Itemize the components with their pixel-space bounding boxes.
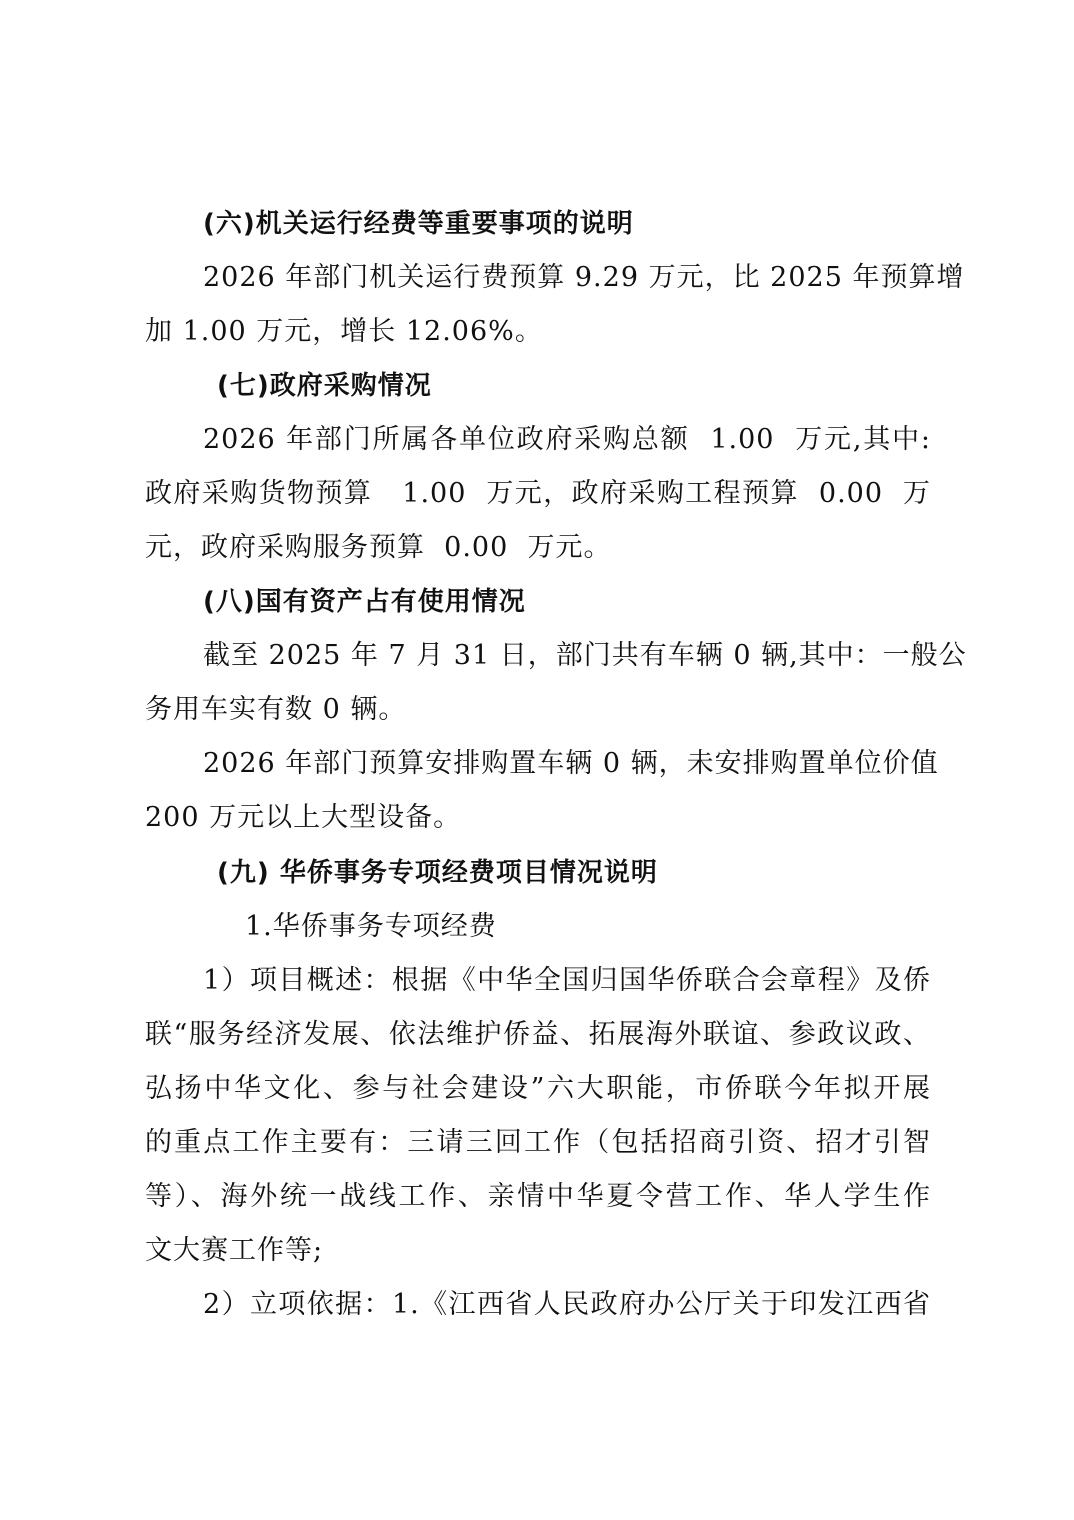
paragraph-line: 联“服务经济发展、依法维护侨益、拓展海外联谊、参政议政、 <box>145 1017 931 1053</box>
paragraph-line: 政府采购货物预算 1.00 万元，政府采购工程预算 0.00 万 <box>145 476 931 512</box>
paragraph-line: 200 万元以上大型设备。 <box>145 800 461 836</box>
paragraph-line: 加 1.00 万元，增长 12.06%。 <box>145 314 543 350</box>
paragraph-line: 文大赛工作等; <box>145 1233 323 1269</box>
paragraph-line: 元，政府采购服务预算 0.00 万元。 <box>145 530 611 566</box>
section-heading-6: (六)机关运行经费等重要事项的说明 <box>203 206 634 242</box>
section-heading-8: (八)国有资产占有使用情况 <box>203 584 526 620</box>
paragraph-line: 等）、海外统一战线工作、亲情中华夏令营工作、华人学生作 <box>145 1179 931 1215</box>
paragraph-line: 2026 年部门预算安排购置车辆 0 辆，未安排购置单位价值 <box>203 746 931 782</box>
paragraph-line: 的重点工作主要有：三请三回工作（包括招商引资、招才引智 <box>145 1125 931 1161</box>
section-heading-9: (九) 华侨事务专项经费项目情况说明 <box>217 855 658 891</box>
section-heading-7: (七)政府采购情况 <box>217 368 432 404</box>
paragraph-line: 截至 2025 年 7 月 31 日，部门共有车辆 0 辆,其中：一般公 <box>203 638 931 674</box>
paragraph-line: 2）立项依据：1.《江西省人民政府办公厅关于印发江西省 <box>203 1287 931 1323</box>
paragraph-line: 1）项目概述：根据《中华全国归国华侨联合会章程》及侨 <box>203 963 931 999</box>
paragraph-line: 弘扬中华文化、参与社会建设”六大职能，市侨联今年拟开展 <box>145 1071 931 1107</box>
subheading: 1.华侨事务专项经费 <box>245 909 497 945</box>
paragraph-line: 2026 年部门所属各单位政府采购总额 1.00 万元,其中: <box>203 422 931 458</box>
paragraph-line: 务用车实有数 0 辆。 <box>145 692 406 728</box>
paragraph-line: 2026 年部门机关运行费预算 9.29 万元，比 2025 年预算增 <box>203 260 931 296</box>
